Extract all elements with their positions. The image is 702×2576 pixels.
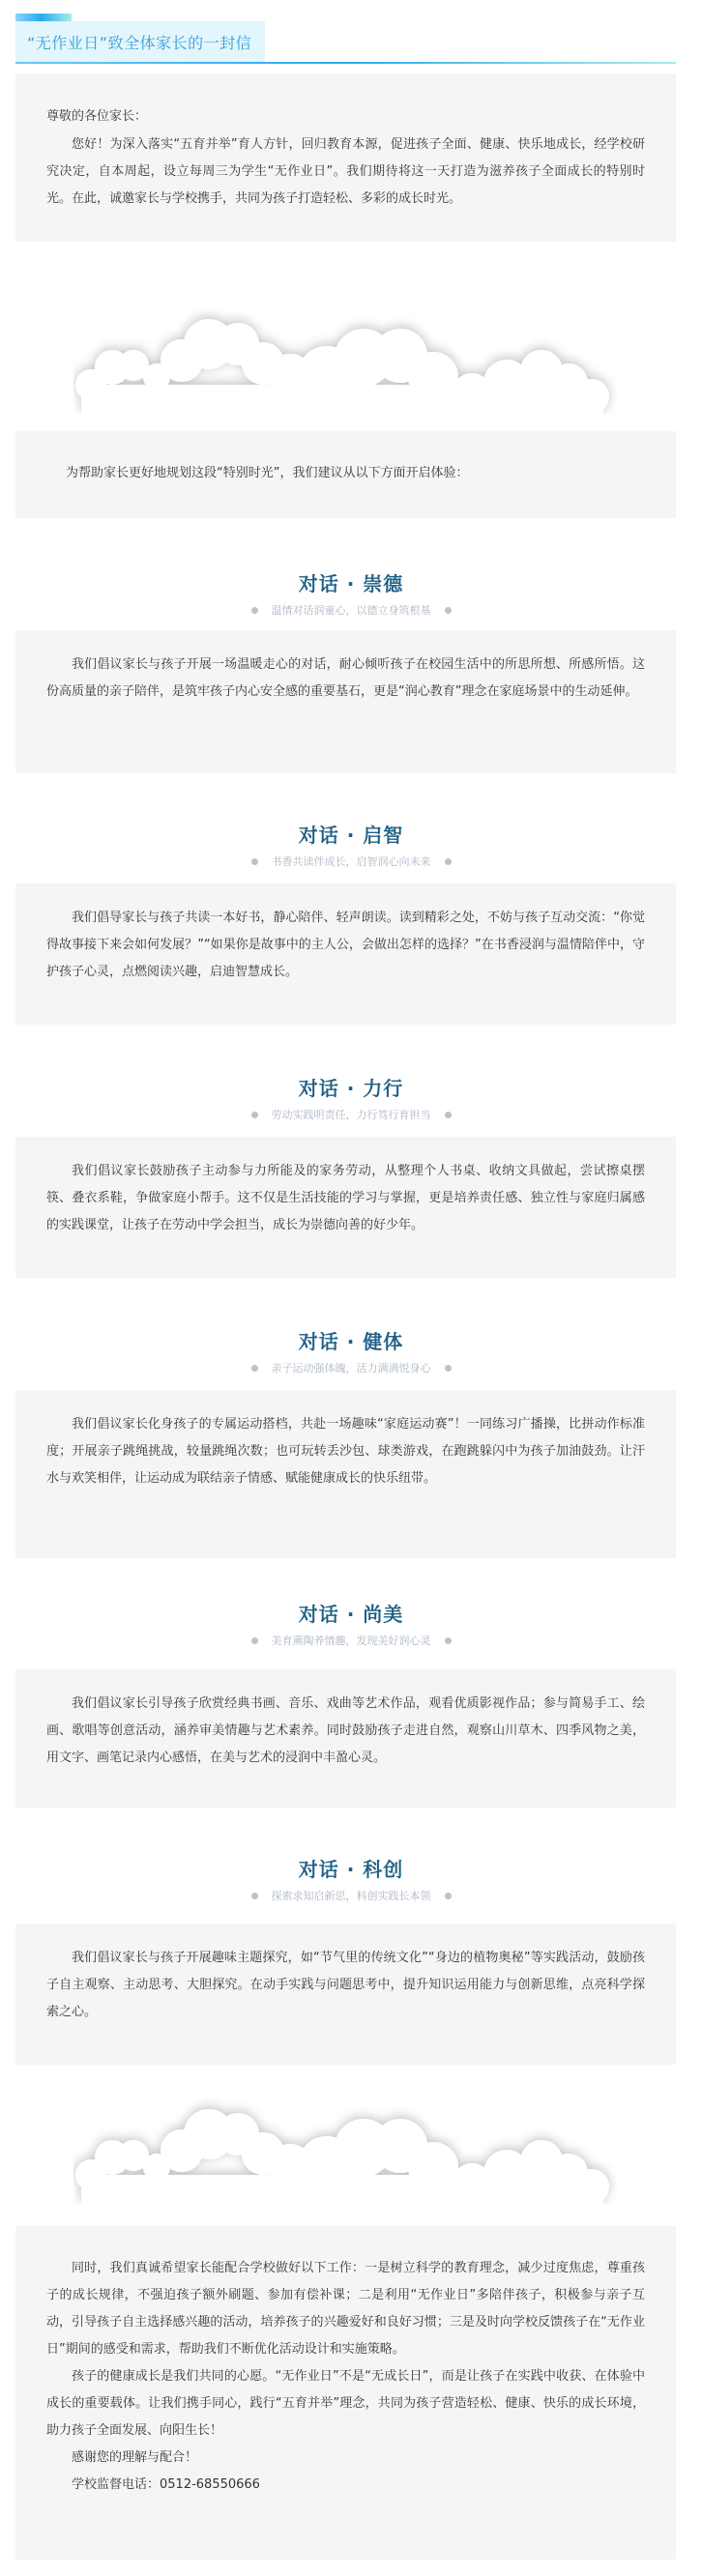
section-subtitle: 探索求知启新思，科创实践长本领 [272, 1888, 431, 1903]
hotline-text: 学校监督电话：0512-68550666 [46, 2472, 645, 2499]
section-title: 对话 · 力行 [0, 1073, 702, 1101]
section-paragraph: 我们倡议家长化身孩子的专属运动搭档，共赴一场趣味“家庭运动赛”！一同练习广播操，… [46, 1411, 645, 1492]
bullet-dot-icon [445, 607, 452, 614]
bullet-dot-icon [251, 607, 258, 614]
section-header-jianti: 对话 · 健体 亲子运动强体魄，活力满满悦身心 [0, 1326, 702, 1375]
bullet-dot-icon [251, 1893, 258, 1899]
section-body-lixing: 我们倡议家长鼓励孩子主动参与力所能及的家务劳动，从整理个人书桌、收纳文具做起，尝… [15, 1137, 676, 1278]
section-subtitle: 美育熏陶养情趣，发现美好润心灵 [272, 1633, 431, 1648]
bullet-dot-icon [445, 1637, 452, 1644]
section-subtitle: 亲子运动强体魄，活力满满悦身心 [272, 1360, 431, 1375]
closing-paragraph-1: 同时，我们真诚希望家长能配合学校做好以下工作：一是树立科学的教育理念，减少过度焦… [46, 2255, 645, 2363]
bullet-dot-icon [251, 1365, 258, 1372]
header-accent-bar [15, 14, 72, 21]
bullet-dot-icon [445, 858, 452, 865]
bullet-dot-icon [445, 1893, 452, 1899]
opening-paragraph: 您好！为深入落实“五育并举”育人方针，回归教育本源，促进孩子全面、健康、快乐地成… [46, 131, 645, 213]
section-title: 对话 · 尚美 [0, 1599, 702, 1627]
section-paragraph: 我们倡议家长与孩子开展一场温暖走心的对话，耐心倾听孩子在校园生活中的所思所想、所… [46, 651, 645, 706]
opening-box: 尊敬的各位家长： 您好！为深入落实“五育并举”育人方针，回归教育本源，促进孩子全… [15, 73, 676, 242]
section-body-qizhi: 我们倡导家长与孩子共读一本好书，静心陪伴、轻声朗读。读到精彩之处，不妨与孩子互动… [15, 883, 676, 1025]
bullet-dot-icon [251, 1112, 258, 1118]
letter-header: “无作业日”致全体家长的一封信 [15, 14, 676, 64]
section-header-shangmei: 对话 · 尚美 美育熏陶养情趣，发现美好润心灵 [0, 1599, 702, 1648]
header-divider [15, 62, 676, 64]
section-paragraph: 我们倡导家长与孩子共读一本好书，静心陪伴、轻声朗读。读到精彩之处，不妨与孩子互动… [46, 905, 645, 986]
section-paragraph: 我们倡议家长与孩子开展趣味主题探究，如“节气里的传统文化”“身边的植物奥秘”等实… [46, 1945, 645, 2026]
cloud-decoration [73, 307, 617, 414]
intro-box: 为帮助家长更好地规划这段“特别时光”，我们建议从以下方面开启体验： [15, 431, 676, 518]
section-body-chongde: 我们倡议家长与孩子开展一场温暖走心的对话，耐心倾听孩子在校园生活中的所思所想、所… [15, 630, 676, 773]
cloud-decoration [73, 2098, 617, 2204]
section-title: 对话 · 崇德 [0, 568, 702, 596]
closing-box: 同时，我们真诚希望家长能配合学校做好以下工作：一是树立科学的教育理念，减少过度焦… [15, 2226, 676, 2560]
section-title: 对话 · 健体 [0, 1326, 702, 1354]
section-body-kechuang: 我们倡议家长与孩子开展趣味主题探究，如“节气里的传统文化”“身边的植物奥秘”等实… [15, 1924, 676, 2065]
section-subtitle: 温情对话润童心，以德立身筑根基 [272, 602, 431, 618]
section-header-kechuang: 对话 · 科创 探索求知启新思，科创实践长本领 [0, 1854, 702, 1903]
section-header-chongde: 对话 · 崇德 温情对话润童心，以德立身筑根基 [0, 568, 702, 618]
salutation: 尊敬的各位家长： [46, 102, 645, 131]
bullet-dot-icon [445, 1112, 452, 1118]
section-subtitle: 书香共读伴成长，启智润心向未来 [272, 854, 431, 869]
bullet-dot-icon [445, 1365, 452, 1372]
section-body-shangmei: 我们倡议家长引导孩子欣赏经典书画、音乐、戏曲等艺术作品，观看优质影视作品；参与简… [15, 1669, 676, 1808]
section-subtitle: 劳动实践明责任，力行笃行育担当 [272, 1107, 431, 1122]
section-title: 对话 · 科创 [0, 1854, 702, 1882]
page-title: “无作业日”致全体家长的一封信 [27, 31, 251, 53]
bullet-dot-icon [251, 858, 258, 865]
section-paragraph: 我们倡议家长引导孩子欣赏经典书画、音乐、戏曲等艺术作品，观看优质影视作品；参与简… [46, 1691, 645, 1772]
bullet-dot-icon [251, 1637, 258, 1644]
closing-paragraph-2: 孩子的健康成长是我们共同的心愿。“无作业日”不是“无成长日”，而是让孩子在实践中… [46, 2363, 645, 2445]
section-header-lixing: 对话 · 力行 劳动实践明责任，力行笃行育担当 [0, 1073, 702, 1122]
section-body-jianti: 我们倡议家长化身孩子的专属运动搭档，共赴一场趣味“家庭运动赛”！一同练习广播操，… [15, 1390, 676, 1558]
section-paragraph: 我们倡议家长鼓励孩子主动参与力所能及的家务劳动，从整理个人书桌、收纳文具做起，尝… [46, 1158, 645, 1239]
section-header-qizhi: 对话 · 启智 书香共读伴成长，启智润心向未来 [0, 820, 702, 869]
section-title: 对话 · 启智 [0, 820, 702, 848]
intro-text: 为帮助家长更好地规划这段“特别时光”，我们建议从以下方面开启体验： [66, 454, 626, 493]
thanks-text: 感谢您的理解与配合！ [46, 2445, 645, 2472]
